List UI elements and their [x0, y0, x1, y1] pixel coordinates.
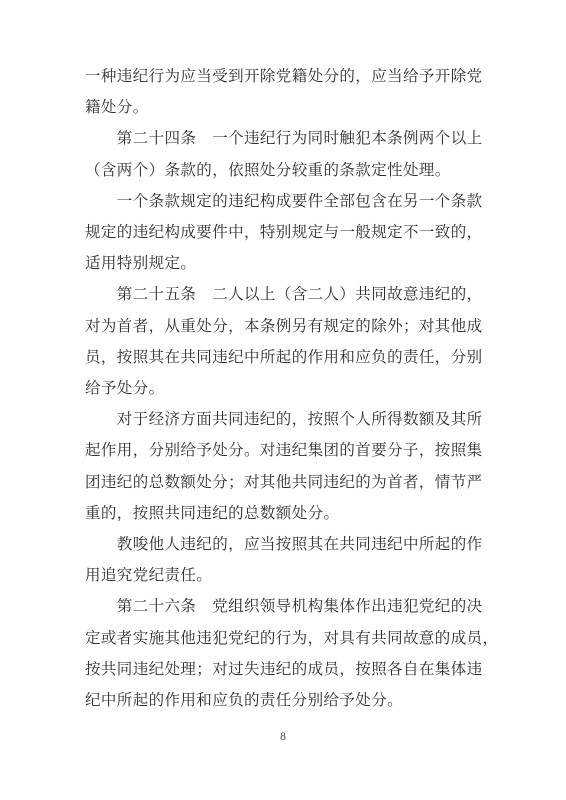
- text-line: 一种违纪行为应当受到开除党籍处分的，应当给予开除党: [85, 61, 485, 92]
- text-line: 给予处分。: [85, 373, 485, 404]
- page-number: 8: [0, 729, 566, 745]
- text-line: 起作用，分别给予处分。对违纪集团的首要分子，按照集: [85, 435, 485, 466]
- text-line: 用追究党纪责任。: [85, 560, 485, 591]
- text-line: 对于经济方面共同违纪的，按照个人所得数额及其所: [85, 404, 485, 435]
- text-line: 定或者实施其他违犯党纪的行为，对具有共同故意的成员，: [85, 623, 485, 654]
- text-line: 对为首者，从重处分，本条例另有规定的除外；对其他成: [85, 311, 485, 342]
- text-line: 规定的违纪构成要件中，特别规定与一般规定不一致的，: [85, 217, 485, 248]
- text-line: 团违纪的总数额处分；对其他共同违纪的为首者，情节严: [85, 467, 485, 498]
- text-line: 员，按照其在共同违纪中所起的作用和应负的责任，分别: [85, 342, 485, 373]
- page-body: 一种违纪行为应当受到开除党籍处分的，应当给予开除党 籍处分。 第二十四条 一个违…: [85, 61, 485, 716]
- text-line: 教唆他人违纪的，应当按照其在共同违纪中所起的作: [85, 529, 485, 560]
- text-line: 第二十六条 党组织领导机构集体作出违犯党纪的决: [85, 591, 485, 622]
- text-line: 纪中所起的作用和应负的责任分别给予处分。: [85, 685, 485, 716]
- text-line: 第二十四条 一个违纪行为同时触犯本条例两个以上: [85, 123, 485, 154]
- text-line: 重的，按照共同违纪的总数额处分。: [85, 498, 485, 529]
- text-line: 适用特别规定。: [85, 248, 485, 279]
- text-line: 按共同违纪处理；对过失违纪的成员，按照各自在集体违: [85, 654, 485, 685]
- text-line: 一个条款规定的违纪构成要件全部包含在另一个条款: [85, 186, 485, 217]
- text-line: 籍处分。: [85, 92, 485, 123]
- document-page: 一种违纪行为应当受到开除党籍处分的，应当给予开除党 籍处分。 第二十四条 一个违…: [0, 0, 566, 800]
- text-line: 第二十五条 二人以上（含二人）共同故意违纪的，: [85, 279, 485, 310]
- text-line: （含两个）条款的，依照处分较重的条款定性处理。: [85, 155, 485, 186]
